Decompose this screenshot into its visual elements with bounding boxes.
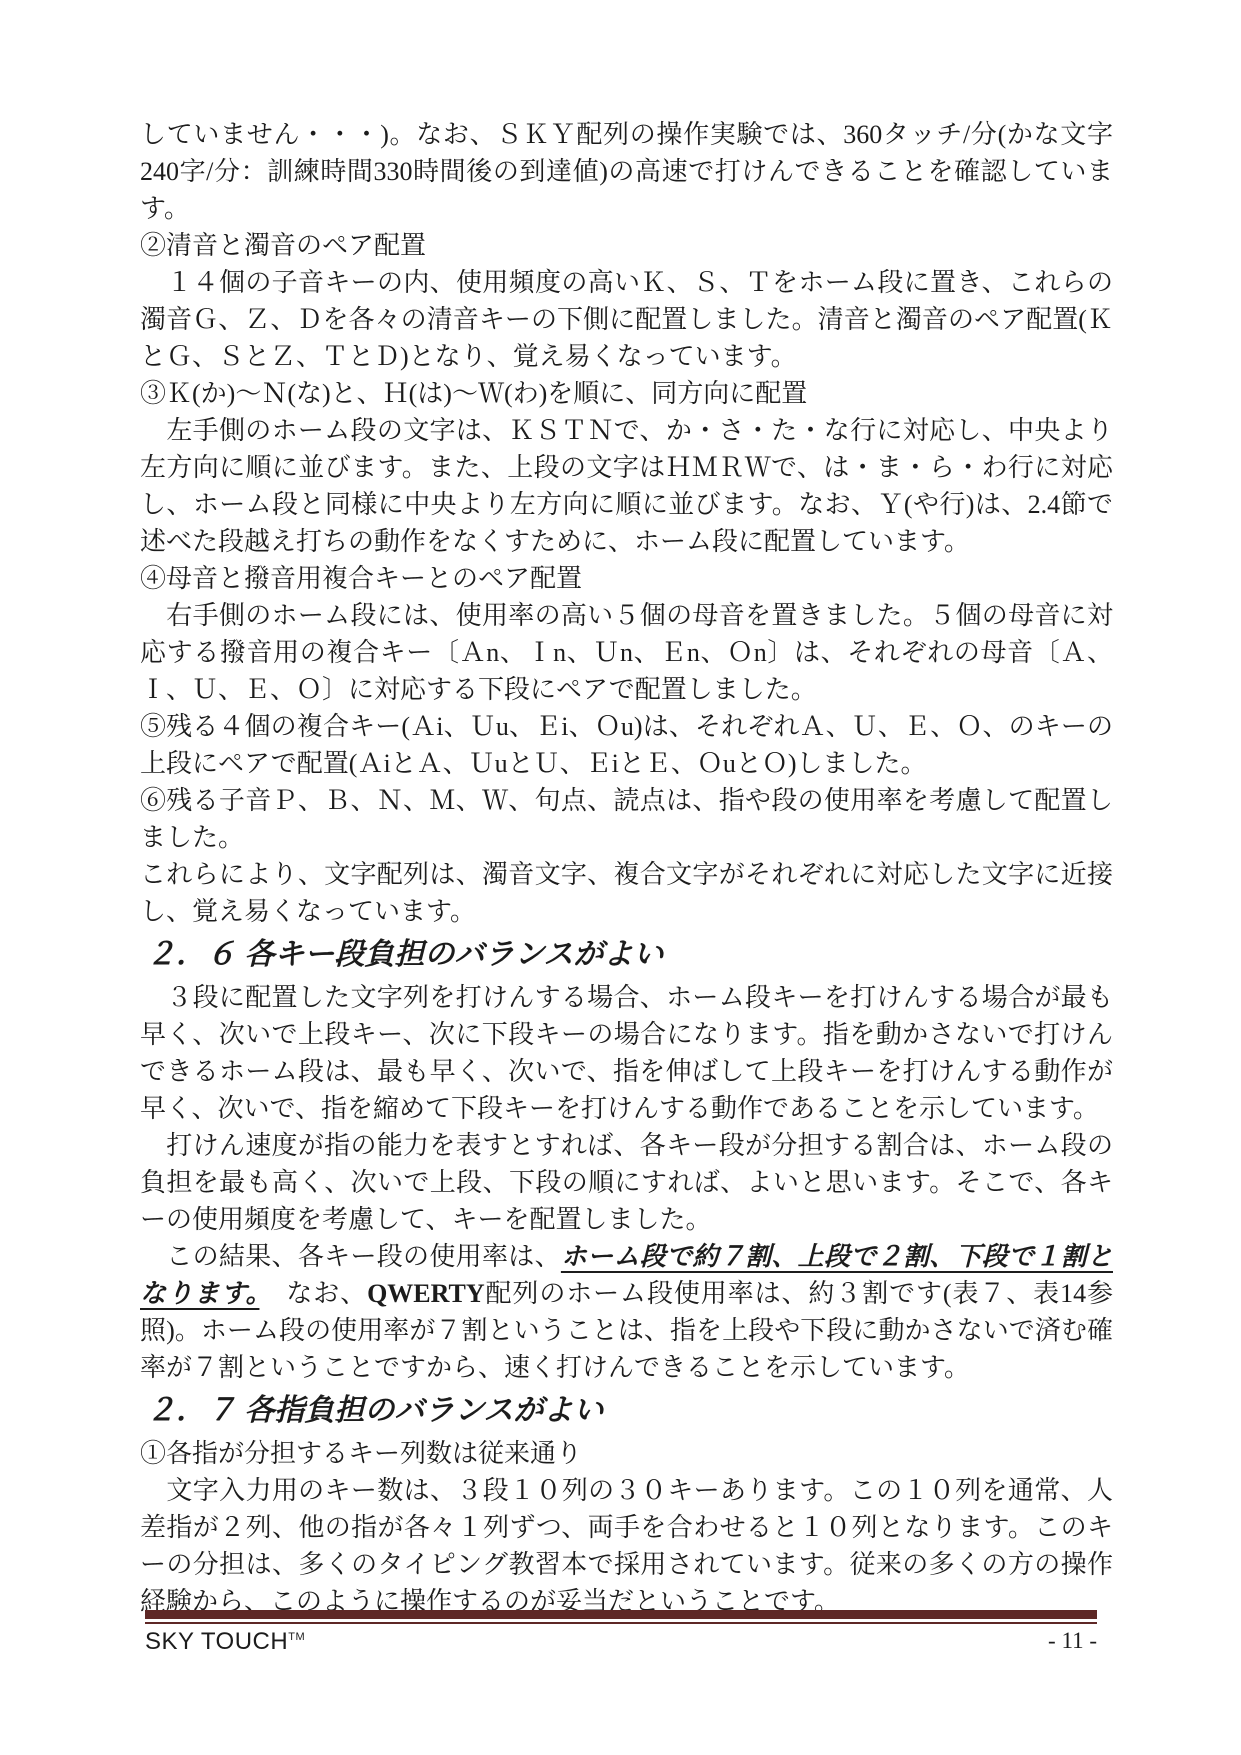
page-footer: SKY TOUCHTM - 11 - bbox=[145, 1628, 1097, 1656]
paragraph-row-speed: ３段に配置した文字列を打けんする場合、ホーム段キーを打けんする場合が最も早く、次… bbox=[140, 979, 1113, 1127]
list-item-4-body: 右手側のホーム段には、使用率の高い５個の母音を置きました。５個の母音に対応する撥… bbox=[140, 597, 1113, 708]
paragraph-arrangement-summary: これらにより、文字配列は、濁音文字、複合文字がそれぞれに対応した文字に近接し、覚… bbox=[140, 856, 1113, 930]
footer-rule-thick bbox=[145, 1610, 1097, 1619]
list-item-2-body: １４個の子音キーの内、使用頻度の高いＫ、Ｓ、Ｔをホーム段に置き、これらの濁音Ｇ、… bbox=[140, 264, 1113, 375]
list-item-4-heading: ④母音と撥音用複合キーとのペア配置 bbox=[140, 560, 1113, 597]
footer-brand-text: SKY TOUCH bbox=[145, 1628, 288, 1655]
list-item-2-heading: ②清音と濁音のペア配置 bbox=[140, 227, 1113, 264]
footer-rule-thin bbox=[145, 1622, 1097, 1624]
footer-brand: SKY TOUCHTM bbox=[145, 1628, 305, 1656]
paragraph-row-load: 打けん速度が指の能力を表すとすれば、各キー段が分担する割合は、ホーム段の負担を最… bbox=[140, 1127, 1113, 1238]
list-item-3-body: 左手側のホーム段の文字は、ＫＳＴＮで、か・さ・た・な行に対応し、中央より左方向に… bbox=[140, 412, 1113, 560]
list-item-6: ⑥残る子音Ｐ、Ｂ、Ｎ、Ｍ、Ｗ、句点、読点は、指や段の使用率を考慮して配置しました… bbox=[140, 782, 1113, 856]
section-heading-2-7: ２．７ 各指負担のバランスがよい bbox=[140, 1389, 1113, 1433]
footer-page-number: - 11 - bbox=[1048, 1628, 1097, 1654]
section-heading-2-6: ２．６ 各キー段負担のバランスがよい bbox=[140, 933, 1113, 977]
list-item-3-heading: ③Ｋ(か)～Ｎ(な)と、Ｈ(は)～Ｗ(わ)を順に、同方向に配置 bbox=[140, 375, 1113, 412]
document-page: していません・・・)。なお、ＳＫＹ配列の操作実験では、360タッチ/分(かな文字… bbox=[0, 0, 1241, 1755]
paragraph-usage-result: この結果、各キー段の使用率は、ホーム段で約７割、上段で２割、下段で１割となります… bbox=[140, 1238, 1113, 1386]
usage-result-qwerty: QWERTY bbox=[367, 1279, 485, 1308]
usage-result-connector: なお、 bbox=[259, 1279, 367, 1308]
list-item-5: ⑤残る４個の複合キー(Ａi、Ｕu、Ｅi、Ｏu)は、それぞれＡ、Ｕ、Ｅ、Ｏ、のキー… bbox=[140, 708, 1113, 782]
paragraph-continuation: していません・・・)。なお、ＳＫＹ配列の操作実験では、360タッチ/分(かな文字… bbox=[140, 116, 1113, 227]
usage-result-lead: この結果、各キー段の使用率は、 bbox=[140, 1242, 561, 1271]
trademark-symbol: TM bbox=[288, 1631, 305, 1643]
page-body-text: していません・・・)。なお、ＳＫＹ配列の操作実験では、360タッチ/分(かな文字… bbox=[140, 116, 1113, 1620]
list-item-1-heading: ①各指が分担するキー列数は従来通り bbox=[140, 1435, 1113, 1472]
paragraph-finger-columns: 文字入力用のキー数は、３段１０列の３０キーあります。この１０列を通常、人差指が２… bbox=[140, 1472, 1113, 1620]
